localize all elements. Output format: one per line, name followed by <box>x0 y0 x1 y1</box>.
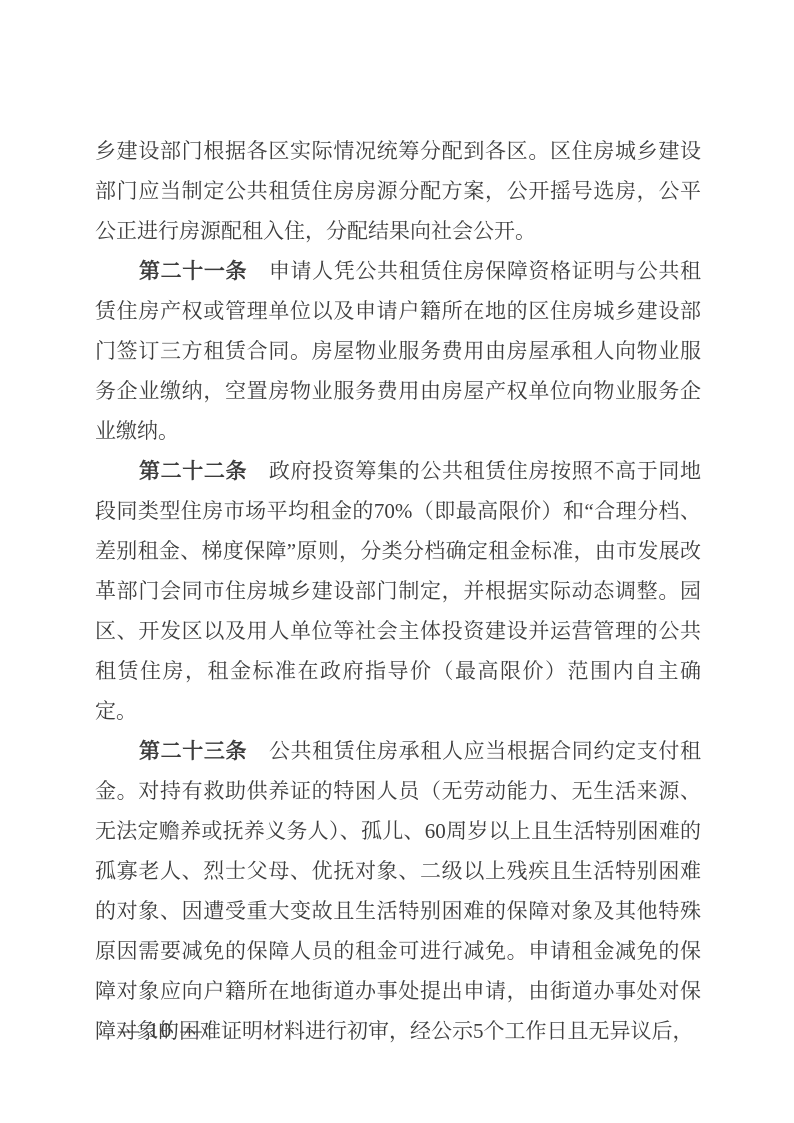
article-number: 第二十二条 <box>139 459 247 483</box>
paragraph: 第二十一条 申请人凭公共租赁住房保障资格证明与公共租赁住房产权或管理单位以及申请… <box>95 251 701 451</box>
paragraph-text: 公共租赁住房承租人应当根据合同约定支付租金。对持有救助供养证的特困人员（无劳动能… <box>95 739 701 1043</box>
document-page: 乡建设部门根据各区实际情况统筹分配到各区。区住房城乡建设部门应当制定公共租赁住房… <box>0 0 794 1123</box>
paragraph-text: 乡建设部门根据各区实际情况统筹分配到各区。区住房城乡建设部门应当制定公共租赁住房… <box>95 139 701 243</box>
paragraph: 乡建设部门根据各区实际情况统筹分配到各区。区住房城乡建设部门应当制定公共租赁住房… <box>95 131 701 251</box>
paragraph: 第二十二条 政府投资筹集的公共租赁住房按照不高于同地段同类型住房市场平均租金的7… <box>95 451 701 731</box>
paragraph-text: 申请人凭公共租赁住房保障资格证明与公共租赁住房产权或管理单位以及申请户籍所在地的… <box>95 259 701 443</box>
page-footer: — 10 — <box>118 1010 204 1050</box>
article-number: 第二十三条 <box>139 739 247 763</box>
paragraph: 第二十三条 公共租赁住房承租人应当根据合同约定支付租金。对持有救助供养证的特困人… <box>95 731 701 1051</box>
article-number: 第二十一条 <box>139 259 247 283</box>
document-body: 乡建设部门根据各区实际情况统筹分配到各区。区住房城乡建设部门应当制定公共租赁住房… <box>95 131 701 1051</box>
paragraph-text: 政府投资筹集的公共租赁住房按照不高于同地段同类型住房市场平均租金的70%（即最高… <box>95 459 701 723</box>
page-number: — 10 — <box>118 1018 204 1042</box>
